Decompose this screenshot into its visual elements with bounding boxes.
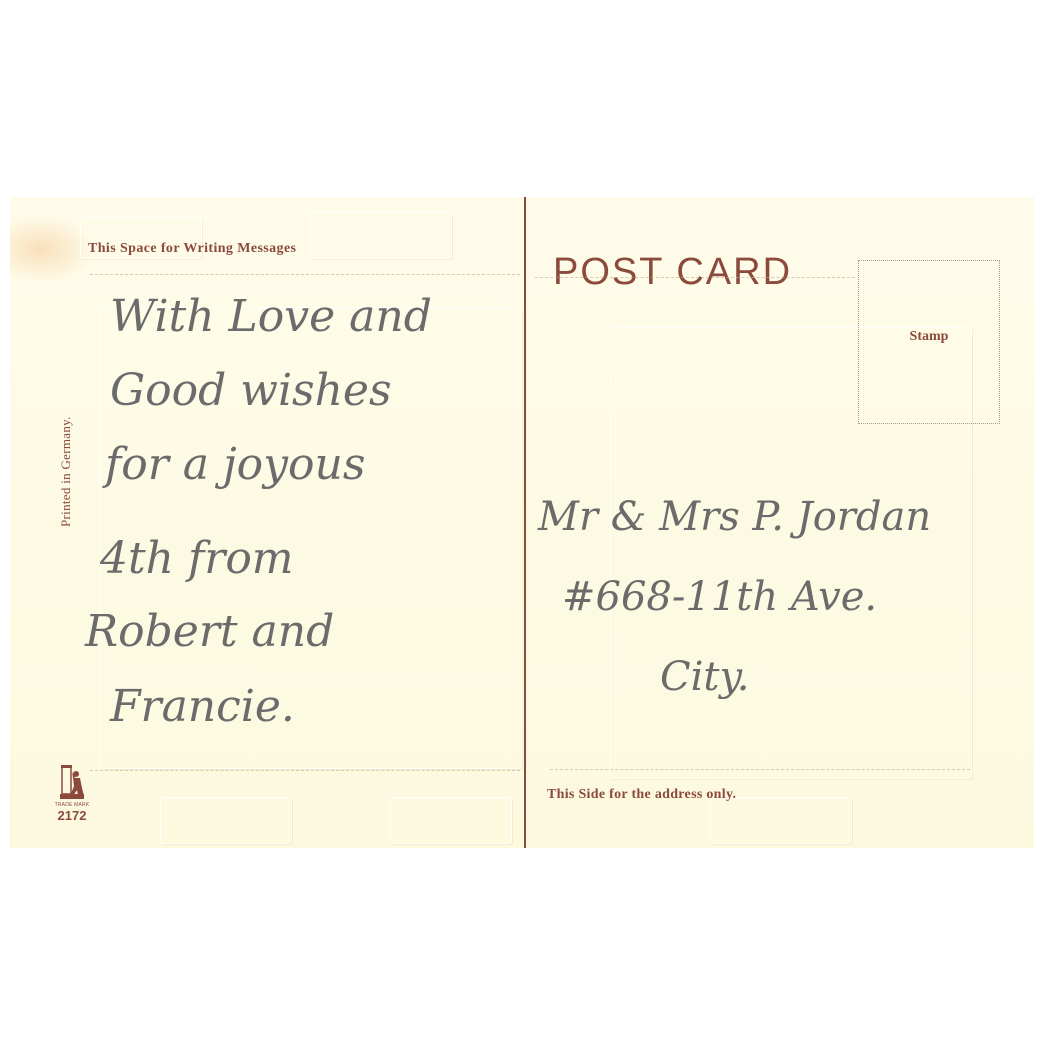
embossed-panel <box>710 797 852 844</box>
printed-in-germany-note: Printed in Germany. <box>58 416 74 527</box>
message-line: 4th from <box>100 537 294 581</box>
post-card-title: POST CARD <box>553 251 792 294</box>
message-line: With Love and <box>110 295 432 339</box>
embossed-panel <box>310 212 452 259</box>
stamp-box: Stamp <box>858 260 1000 424</box>
address-line: Mr & Mrs P. Jordan <box>538 497 931 537</box>
embossed-panel <box>390 797 512 844</box>
address-top-rule <box>535 277 855 278</box>
trademark-figure-icon <box>58 764 86 802</box>
message-line: Robert and <box>85 610 334 654</box>
embossed-panel <box>160 797 292 844</box>
address-bottom-rule <box>550 769 970 770</box>
address-line: #668-11th Ave. <box>562 577 877 617</box>
center-divider <box>524 197 526 848</box>
message-line: for a joyous <box>105 443 365 487</box>
address-line: City. <box>660 657 749 697</box>
stamp-label: Stamp <box>859 329 999 345</box>
message-rule <box>90 274 520 275</box>
message-line: Good wishes <box>110 369 392 413</box>
address-only-label: This Side for the address only. <box>547 787 736 803</box>
trademark-number: 2172 <box>50 808 94 823</box>
message-line: Francie. <box>110 685 295 729</box>
message-space-label: This Space for Writing Messages <box>88 241 296 257</box>
postcard: This Space for Writing Messages Printed … <box>10 197 1034 848</box>
bottom-rule <box>90 770 520 771</box>
trademark: TRADE MARK 2172 <box>50 764 94 823</box>
